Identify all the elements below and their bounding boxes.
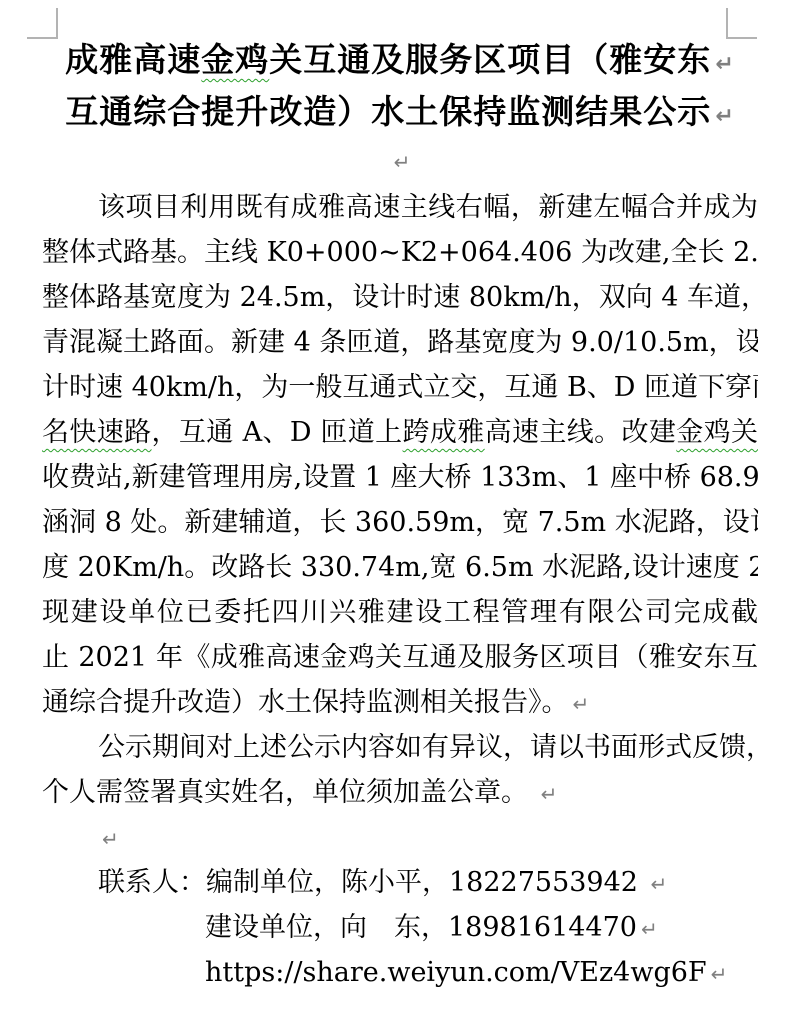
- contact-line: 联系人：编制单位，陈小平，18227553942 ↵: [42, 860, 758, 905]
- contact-text: 联系人：编制单位，陈小平，18227553942: [98, 867, 647, 898]
- body-text-segment: 高速主线。改建: [485, 417, 677, 448]
- body-line: 涵洞 8 处。新建辅道，长 360.59m，宽 7.5m 水泥路，设计速: [42, 500, 758, 545]
- contact-line: 建设单位，向 东，18981614470↵: [42, 905, 758, 950]
- document-page: 成雅高速金鸡关互通及服务区项目（雅安东↵ 互通综合提升改造）水土保持监测结果公示…: [0, 0, 800, 1010]
- body-line: 整体路基宽度为 24.5m，设计时速 80km/h，双向 4 车道，沥: [42, 275, 758, 320]
- spellcheck-segment: 金鸡关: [676, 417, 758, 448]
- body-line: 个人需签署真实姓名，单位须加盖公章。 ↵: [42, 770, 758, 815]
- body-line: 公示期间对上述公示内容如有异议，请以书面形式反馈，: [42, 725, 758, 770]
- paragraph-mark-icon: ↵: [711, 52, 734, 77]
- body-line: 该项目利用既有成雅高速主线右幅，新建左幅合并成为: [42, 185, 758, 230]
- document-title-line-2: 互通综合提升改造）水土保持监测结果公示↵: [0, 88, 800, 140]
- body-text-segment: 个人需签署真实姓名，单位须加盖公章。: [42, 777, 537, 808]
- body-line: 度 20Km/h。改路长 330.74m,宽 6.5m 水泥路,设计速度 20K…: [42, 545, 758, 590]
- document-title: 成雅高速金鸡关互通及服务区项目（雅安东↵ 互通综合提升改造）水土保持监测结果公示…: [0, 0, 800, 140]
- crop-mark-top-left-icon: [27, 8, 58, 39]
- body-line: 计时速 40km/h，为一般互通式立交，互通 B、D 匝道下穿雨: [42, 365, 758, 410]
- empty-paragraph: ↵: [42, 815, 758, 860]
- contact-text: 建设单位，向 东，18981614470: [205, 912, 637, 943]
- crop-mark-top-right-icon: [726, 8, 757, 39]
- paragraph-mark-icon: ↵: [707, 962, 728, 986]
- document-body: 该项目利用既有成雅高速主线右幅，新建左幅合并成为 整体式路基。主线 K0+000…: [42, 185, 758, 995]
- paragraph-mark-icon: ↵: [711, 104, 734, 129]
- body-line: 收费站,新建管理用房,设置 1 座大桥 133m、1 座中桥 68.931m,: [42, 455, 758, 500]
- paragraph-mark-icon: ↵: [637, 917, 658, 941]
- body-text-segment: ，互通 A、D 匝道上: [152, 417, 403, 448]
- empty-paragraph: ↵: [0, 140, 800, 185]
- paragraph-mark-icon: ↵: [98, 827, 119, 851]
- body-line: 青混凝土路面。新建 4 条匝道，路基宽度为 9.0/10.5m，设: [42, 320, 758, 365]
- body-line: 现建设单位已委托四川兴雅建设工程管理有限公司完成截: [42, 590, 758, 635]
- body-line: 整体式路基。主线 K0+000~K2+064.406 为改建,全长 2.064k…: [42, 230, 758, 275]
- title-spellcheck-segment: 金鸡: [201, 40, 269, 79]
- paragraph-mark-icon: ↵: [537, 782, 558, 806]
- body-line: 通综合提升改造）水土保持监测相关报告》。↵: [42, 680, 758, 725]
- paragraph-mark-icon: ↵: [647, 872, 668, 896]
- body-line: 名快速路，互通 A、D 匝道上跨成雅高速主线。改建金鸡关: [42, 410, 758, 455]
- spellcheck-segment: 名快速路: [42, 417, 152, 448]
- contact-line: https://share.weiyun.com/VEz4wg6F↵: [42, 950, 758, 995]
- title-text-segment: 关互通及服务区项目（雅安东: [269, 40, 711, 79]
- spellcheck-segment: 跨成雅: [403, 417, 485, 448]
- body-line: 止 2021 年《成雅高速金鸡关互通及服务区项目（雅安东互: [42, 635, 758, 680]
- body-text-segment: 通综合提升改造）水土保持监测相关报告》。: [42, 687, 569, 718]
- share-url: https://share.weiyun.com/VEz4wg6F: [205, 957, 707, 988]
- title-text-segment: 成雅高速: [65, 40, 201, 79]
- document-title-line-1: 成雅高速金鸡关互通及服务区项目（雅安东↵: [0, 36, 800, 88]
- paragraph-mark-icon: ↵: [569, 692, 590, 716]
- paragraph-mark-icon: ↵: [390, 150, 411, 174]
- title-text-segment: 互通综合提升改造）水土保持监测结果公示: [65, 92, 711, 131]
